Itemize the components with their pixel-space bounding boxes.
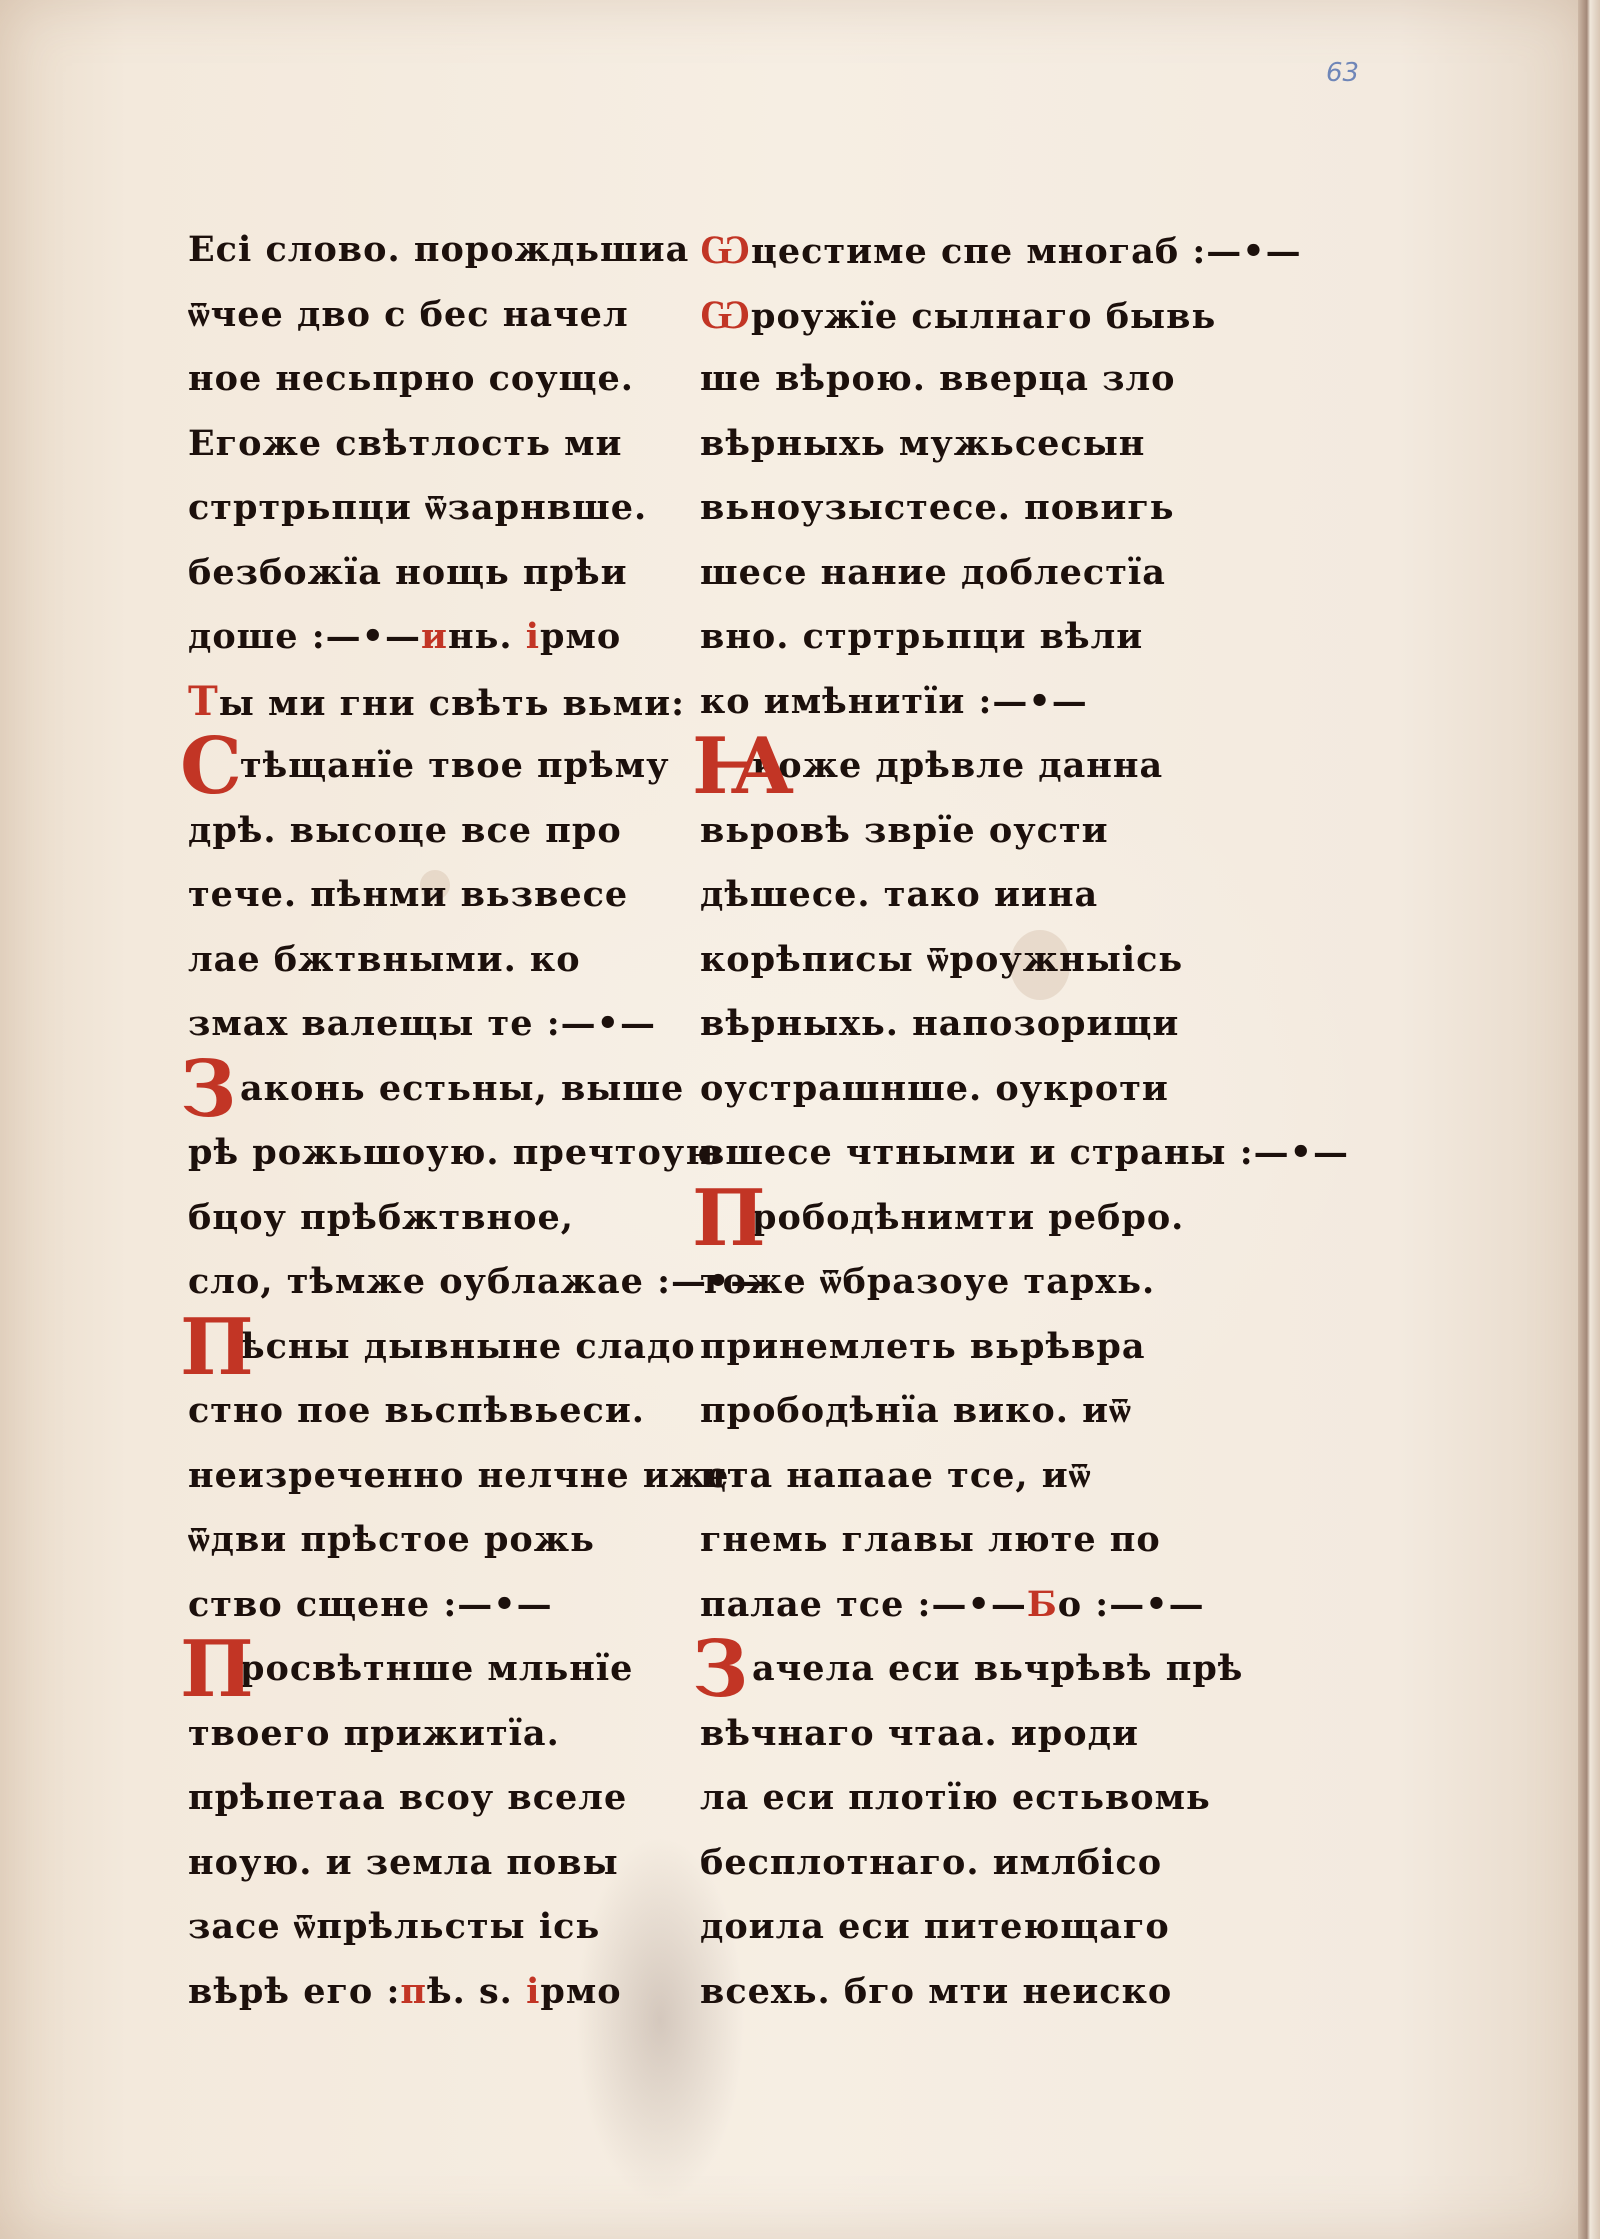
- manuscript-line: лае бжтвными. ко: [188, 928, 688, 993]
- line-text: вно. стртрьпци вѣли: [700, 616, 1143, 657]
- line-text: гнемь главы люте по: [700, 1519, 1161, 1560]
- line-text: ы ми гни свѣть вьми:: [219, 683, 685, 724]
- manuscript-line: палае тсе :—•—Бо :—•—: [700, 1573, 1260, 1638]
- manuscript-line: Ѡцестиме спе многаб :—•—: [700, 218, 1260, 283]
- rubricated-initial: З: [180, 1051, 237, 1129]
- line-text: дрѣ. высоце все про: [188, 810, 622, 851]
- line-text: ство сщене :—•—: [188, 1584, 553, 1625]
- manuscript-line: змах валещы те :—•—: [188, 992, 688, 1057]
- line-text: твоего прижитїа.: [188, 1713, 560, 1754]
- manuscript-line: вшесе чтными и страны :—•—: [700, 1121, 1260, 1186]
- rubricated-initial: П: [180, 1309, 255, 1387]
- line-text: лае бжтвными. ко: [188, 939, 581, 980]
- line-text: шесе нание доблестїа: [700, 552, 1166, 593]
- manuscript-line: тече. пѣнми вьзвесе: [188, 863, 688, 928]
- line-text: ноую. и земла повы: [188, 1842, 619, 1883]
- line-text: засе ѿпрѣльсты ісь: [188, 1906, 600, 1947]
- line-text: росвѣтнше мльнїе: [240, 1648, 633, 1689]
- manuscript-line: доше :—•—инь. ірмо: [188, 605, 688, 670]
- manuscript-line: шесе нание доблестїа: [700, 541, 1260, 606]
- line-text: безбожїа нощь прѣи: [188, 552, 628, 593]
- text-column-right: Ѡцестиме спе многаб :—•—Ѡроужїе сылнаго …: [700, 218, 1260, 2024]
- manuscript-line: ное несьпрно соуще.: [188, 347, 688, 412]
- manuscript-line: стно пое вьспѣвьеси.: [188, 1379, 688, 1444]
- line-text: доше :—•—: [188, 616, 421, 657]
- manuscript-line: прѣпетаа всоу вселе: [188, 1766, 688, 1831]
- line-text: палае тсе :—•—: [700, 1584, 1027, 1625]
- manuscript-line: Ѡроужїе сылнаго бывь: [700, 283, 1260, 348]
- manuscript-line: тоже ѿбразоуе тархь.: [700, 1250, 1260, 1315]
- line-text: ко имѣнитїи :—•—: [700, 681, 1088, 722]
- line-text: стртрьпци ѿзарнвше.: [188, 487, 647, 528]
- manuscript-line: принемлеть вьрѣвра: [700, 1315, 1260, 1380]
- line-text: цестиме спе многаб :—•—: [751, 231, 1302, 272]
- manuscript-line: рѣ рожьшоую. пречтоую: [188, 1121, 688, 1186]
- line-text: Егоже свѣтлость ми: [188, 423, 623, 464]
- manuscript-line: вѣрныхь мужьсесын: [700, 412, 1260, 477]
- line-text: цта напаае тсе, иѿ: [700, 1455, 1091, 1496]
- manuscript-line: цта напаае тсе, иѿ: [700, 1444, 1260, 1509]
- manuscript-line: прободѣнїа вико. иѿ: [700, 1379, 1260, 1444]
- rubricated-initial: Ꙗ: [692, 728, 793, 806]
- manuscript-line: твоего прижитїа.: [188, 1702, 688, 1767]
- line-text: вьноузыстесе. повигь: [700, 487, 1175, 528]
- rubricated-initial: Ѡ: [700, 226, 751, 273]
- manuscript-line: вѣрныхь. напозорищи: [700, 992, 1260, 1057]
- rubric-letter: і: [526, 616, 540, 657]
- line-text: корѣписы ѿроужныісь: [700, 939, 1183, 980]
- manuscript-line: стртрьпци ѿзарнвше.: [188, 476, 688, 541]
- manuscript-line: сло, тѣмже оублажае :—•—: [188, 1250, 688, 1315]
- manuscript-line: ство сщене :—•—: [188, 1573, 688, 1638]
- manuscript-line: ѿчее дво с бес начел: [188, 283, 688, 348]
- rubric-letter: Б: [1027, 1584, 1058, 1625]
- line-text: ное несьпрно соуще.: [188, 358, 634, 399]
- text-column-left: Есі слово. порождьшиаѿчее дво с бес наче…: [188, 218, 688, 2024]
- manuscript-line: гнемь главы люте по: [700, 1508, 1260, 1573]
- manuscript-line: засе ѿпрѣльсты ісь: [188, 1895, 688, 1960]
- line-text: вшесе чтными и страны :—•—: [700, 1132, 1349, 1173]
- line-text: оустрашнше. оукроти: [700, 1068, 1169, 1109]
- manuscript-line: Просвѣтнше мльнїе: [188, 1637, 688, 1702]
- manuscript-line: вно. стртрьпци вѣли: [700, 605, 1260, 670]
- line-text: роужїе сылнаго бывь: [751, 296, 1216, 337]
- line-text: тече. пѣнми вьзвесе: [188, 874, 628, 915]
- line-text: доила еси питеющаго: [700, 1906, 1170, 1947]
- manuscript-line: безбожїа нощь прѣи: [188, 541, 688, 606]
- manuscript-line: оустрашнше. оукроти: [700, 1057, 1260, 1122]
- line-text: ѿдви прѣстое рожь: [188, 1519, 595, 1560]
- rubricated-initial: П: [692, 1180, 767, 1258]
- manuscript-line: Зачела еси вьчрѣвѣ прѣ: [700, 1637, 1260, 1702]
- rubricated-initial: С: [180, 728, 243, 806]
- manuscript-line: Законь естьны, выше: [188, 1057, 688, 1122]
- line-text: рѣ рожьшоую. пречтоую: [188, 1132, 722, 1173]
- line-text: ла еси плотїю естьвомь: [700, 1777, 1211, 1818]
- manuscript-line: ше вѣрою. вверца зло: [700, 347, 1260, 412]
- folio-number: 63: [1326, 58, 1359, 88]
- line-text: Есі слово. порождьшиа: [188, 229, 689, 270]
- manuscript-line: Есі слово. порождьшиа: [188, 218, 688, 283]
- line-text: вѣрныхь мужьсесын: [700, 423, 1145, 464]
- manuscript-line: Ты ми гни свѣть вьми:: [188, 670, 688, 735]
- manuscript-line: Прободѣнимти ребро.: [700, 1186, 1260, 1251]
- line-text: ше вѣрою. вверца зло: [700, 358, 1176, 399]
- rubricated-initial: П: [180, 1631, 255, 1709]
- manuscript-line: всехь. бго мти неиско: [700, 1960, 1260, 2025]
- manuscript-line: Егоже свѣтлость ми: [188, 412, 688, 477]
- line-text: неизреченно нелчне иже: [188, 1455, 729, 1496]
- rubricated-initial: Т: [188, 678, 219, 725]
- manuscript-line: ѿдви прѣстое рожь: [188, 1508, 688, 1573]
- rubricated-initial: З: [692, 1631, 749, 1709]
- rubric-letter: п: [400, 1971, 427, 2012]
- line-text: вѣрѣ его :: [188, 1971, 400, 2012]
- manuscript-line: доила еси питеющаго: [700, 1895, 1260, 1960]
- line-text-continued: рмо: [540, 1971, 621, 2012]
- line-text: ѿчее дво с бес начел: [188, 294, 629, 335]
- manuscript-line: Ꙗкоже дрѣвле данна: [700, 734, 1260, 799]
- manuscript-line: дѣшесе. тако иина: [700, 863, 1260, 928]
- manuscript-line: вѣрѣ его :пѣ. ѕ. ірмо: [188, 1960, 688, 2025]
- line-text: вѣчнаго чтаа. ироди: [700, 1713, 1139, 1754]
- manuscript-line: вьноузыстесе. повигь: [700, 476, 1260, 541]
- line-text: сло, тѣмже оублажае :—•—: [188, 1261, 766, 1302]
- line-text: ачела еси вьчрѣвѣ прѣ: [752, 1648, 1243, 1689]
- line-text: вьровѣ зврїе оусти: [700, 810, 1109, 851]
- line-text: дѣшесе. тако иина: [700, 874, 1098, 915]
- line-text: прободѣнїа вико. иѿ: [700, 1390, 1132, 1431]
- manuscript-line: бцоу прѣбжтвное,: [188, 1186, 688, 1251]
- line-text: рободѣнимти ребро.: [752, 1197, 1184, 1238]
- line-text: тоже ѿбразоуе тархь.: [700, 1261, 1155, 1302]
- line-text: коже дрѣвле данна: [752, 745, 1163, 786]
- line-text: ѣсны дывныне сладо: [240, 1326, 696, 1367]
- rubric-letter: і: [526, 1971, 540, 2012]
- line-text: бцоу прѣбжтвное,: [188, 1197, 574, 1238]
- rubricated-initial: Ѡ: [700, 291, 751, 338]
- line-text-continued: ѣ. ѕ.: [427, 1971, 526, 2012]
- manuscript-line: неизреченно нелчне иже: [188, 1444, 688, 1509]
- line-text: принемлеть вьрѣвра: [700, 1326, 1146, 1367]
- manuscript-line: ноую. и земла повы: [188, 1831, 688, 1896]
- line-text: змах валещы те :—•—: [188, 1003, 656, 1044]
- line-text: аконь естьны, выше: [240, 1068, 684, 1109]
- manuscript-line: Стѣщанїе твое прѣму: [188, 734, 688, 799]
- page-edge: [1578, 0, 1600, 2239]
- line-text: стно пое вьспѣвьеси.: [188, 1390, 645, 1431]
- manuscript-line: бесплотнаго. имлбісо: [700, 1831, 1260, 1896]
- manuscript-line: корѣписы ѿроужныісь: [700, 928, 1260, 993]
- line-text-continued: о :—•—: [1058, 1584, 1205, 1625]
- manuscript-page: 63 Есі слово. порождьшиаѿчее дво с бес н…: [0, 0, 1590, 2239]
- rubric-letter: и: [421, 616, 448, 657]
- line-text-continued: нь.: [448, 616, 526, 657]
- line-text: бесплотнаго. имлбісо: [700, 1842, 1162, 1883]
- line-text-continued: рмо: [540, 616, 621, 657]
- line-text: всехь. бго мти неиско: [700, 1971, 1172, 2012]
- line-text: тѣщанїе твое прѣму: [240, 745, 670, 786]
- line-text: прѣпетаа всоу вселе: [188, 1777, 627, 1818]
- manuscript-line: дрѣ. высоце все про: [188, 799, 688, 864]
- manuscript-line: Пѣсны дывныне сладо: [188, 1315, 688, 1380]
- manuscript-line: вьровѣ зврїе оусти: [700, 799, 1260, 864]
- manuscript-line: вѣчнаго чтаа. ироди: [700, 1702, 1260, 1767]
- line-text: вѣрныхь. напозорищи: [700, 1003, 1179, 1044]
- manuscript-line: ла еси плотїю естьвомь: [700, 1766, 1260, 1831]
